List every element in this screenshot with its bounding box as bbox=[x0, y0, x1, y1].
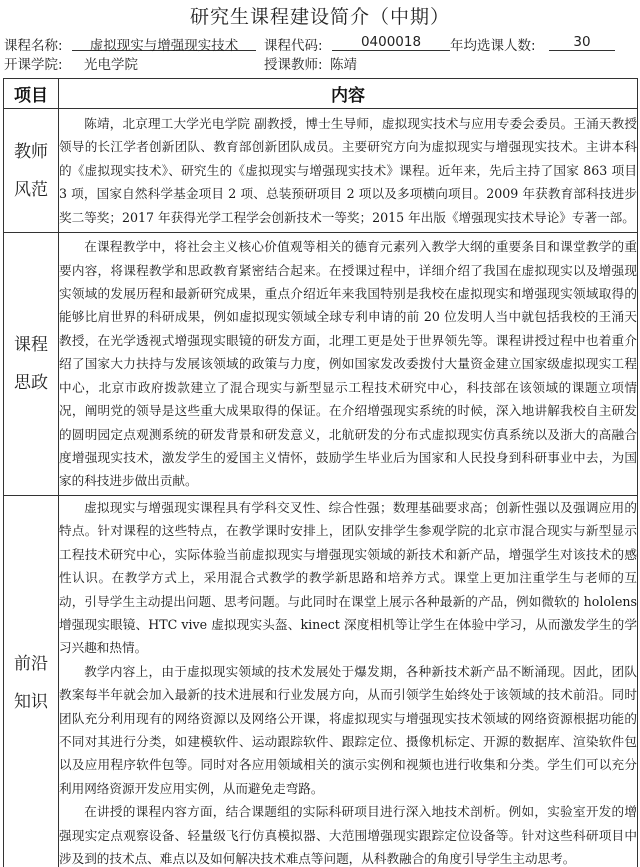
course-intro-table: 项目 内容 教师 风范 陈靖，北京理工大学光电学院 副教授，博士生导师，虚拟现实… bbox=[3, 78, 638, 867]
content-paragraph: 教学内容上，由于虚拟现实领域的技术发展处于爆发期，各种新技术新产品不断涌现。因此… bbox=[59, 660, 637, 800]
annual-enrollment-label: 年均选课人数: bbox=[450, 34, 536, 54]
content-cell-teacher-style: 陈靖，北京理工大学光电学院 副教授，博士生导师，虚拟现实技术与应用专委会委员。王… bbox=[59, 109, 638, 233]
content-paragraph: 虚拟现实与增强现实课程具有学科交叉性、综合性强；数理基础要求高；创新性强以及强调… bbox=[59, 496, 637, 660]
content-paragraph: 在课程教学中，将社会主义核心价值观等相关的德育元素列入教学大纲的重要条目和课堂教… bbox=[59, 235, 637, 492]
course-meta-row-2: 开课学院: 光电学院 授课教师: 陈靖 bbox=[4, 53, 640, 71]
course-name-label: 课程名称: bbox=[4, 34, 63, 54]
document-title: 研究生课程建设简介（中期） bbox=[0, 2, 640, 29]
college-value: 光电学院 bbox=[84, 53, 138, 73]
item-cell-teacher-style: 教师 风范 bbox=[4, 109, 59, 233]
column-header-content: 内容 bbox=[59, 79, 638, 109]
item-label-line2: 思政 bbox=[4, 364, 58, 402]
course-code-value: 0400018 bbox=[332, 34, 450, 51]
teacher-label: 授课教师: bbox=[264, 53, 323, 73]
item-cell-ideological: 课程 思政 bbox=[4, 233, 59, 496]
item-label-line1: 前沿 bbox=[4, 645, 58, 683]
content-paragraph: 陈靖，北京理工大学光电学院 副教授，博士生导师，虚拟现实技术与应用专委会委员。王… bbox=[59, 112, 637, 229]
college-label: 开课学院: bbox=[4, 53, 63, 73]
table-row-ideological: 课程 思政 在课程教学中，将社会主义核心价值观等相关的德育元素列入教学大纲的重要… bbox=[4, 233, 638, 496]
table-row-teacher-style: 教师 风范 陈靖，北京理工大学光电学院 副教授，博士生导师，虚拟现实技术与应用专… bbox=[4, 109, 638, 233]
course-name-value: 虚拟现实与增强现实技术 bbox=[72, 34, 256, 51]
item-label-line2: 风范 bbox=[4, 171, 58, 209]
content-cell-ideological: 在课程教学中，将社会主义核心价值观等相关的德育元素列入教学大纲的重要条目和课堂教… bbox=[59, 233, 638, 496]
table-header-row: 项目 内容 bbox=[4, 79, 638, 109]
table-row-frontier: 前沿 知识 虚拟现实与增强现实课程具有学科交叉性、综合性强；数理基础要求高；创新… bbox=[4, 496, 638, 867]
teacher-value: 陈靖 bbox=[330, 53, 357, 73]
column-header-item: 项目 bbox=[4, 79, 59, 109]
content-paragraph: 在讲授的课程内容方面，结合课题组的实际科研项目进行深入地技术剖析。例如，实验室开… bbox=[59, 800, 637, 867]
item-label-line2: 知识 bbox=[4, 683, 58, 721]
item-cell-frontier: 前沿 知识 bbox=[4, 496, 59, 867]
item-label-line1: 课程 bbox=[4, 326, 58, 364]
course-meta-row-1: 课程名称: 虚拟现实与增强现实技术 课程代码: 0400018 年均选课人数: … bbox=[4, 34, 640, 52]
content-cell-frontier: 虚拟现实与增强现实课程具有学科交叉性、综合性强；数理基础要求高；创新性强以及强调… bbox=[59, 496, 638, 867]
course-code-label: 课程代码: bbox=[264, 34, 323, 54]
item-label-line1: 教师 bbox=[4, 133, 58, 171]
annual-enrollment-value: 30 bbox=[549, 34, 615, 51]
